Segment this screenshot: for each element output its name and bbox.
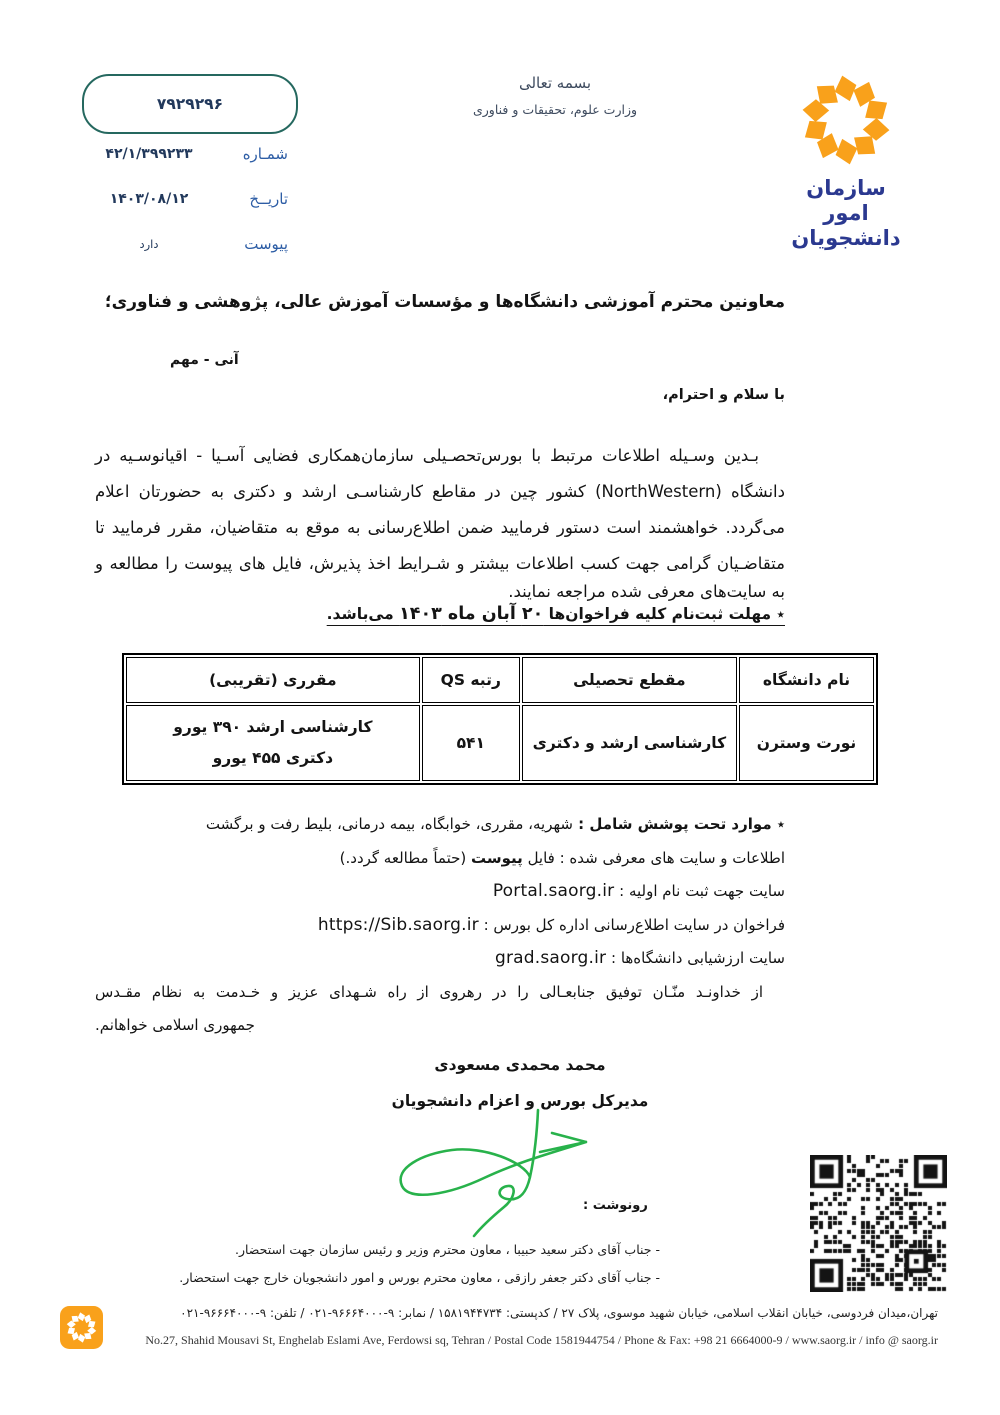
stipend-masters: کارشناسی ارشد ۳۹۰ یورو — [131, 712, 415, 743]
col-stipend: مقرری (تقریبی) — [126, 657, 420, 703]
organization-logo: سازمان امور دانشجویان — [780, 68, 912, 251]
deadline-suffix: می‌باشد. — [327, 605, 399, 623]
prayer-line1: از خداونـد منّـان توفیق جنابعـالی را در … — [95, 976, 785, 1010]
field-number-value: ۴۲/۱/۳۹۹۲۳۳ — [84, 146, 214, 162]
salutation: با سلام و احترام، — [95, 387, 785, 403]
signatory-name: محمد محمدی مسعودی — [350, 1056, 690, 1074]
scholarship-table: نام دانشگاه مقطع تحصیلی رتبه QS مقرری (ت… — [122, 653, 878, 785]
organization-name-line2: دانشجویان — [780, 226, 912, 251]
attachment-suffix: (حتماً مطالعه گردد.) — [340, 849, 471, 867]
cell-stipend: کارشناسی ارشد ۳۹۰ یورو دکتری ۴۵۵ یورو — [126, 705, 420, 781]
evaluation-site-line: سایت ارزشیابی دانشگاه‌ها : grad.saorg.ir — [95, 942, 785, 976]
body-paragraph: بـدین وسـیله اطلاعات مرتبط با بورس‌تحصـی… — [95, 438, 785, 582]
evaluation-site-label: سایت ارزشیابی دانشگاه‌ها : — [606, 949, 785, 967]
attachment-note: اطلاعات و سایت های معرفی شده : فایل پیوس… — [95, 842, 785, 876]
stipend-phd: دکتری ۴۵۵ یورو — [131, 743, 415, 774]
footer-address-fa: تهران،میدان فردوسی، خیابان انقلاب اسلامی… — [112, 1306, 938, 1320]
field-attachment-label: پیوست — [214, 235, 288, 253]
deadline-prefix: ٭ مهلت ثبت‌نام کلیه فراخوان‌ها — [543, 605, 785, 623]
besmellah-text: بسمه تعالی — [380, 74, 730, 92]
field-date: تاریــخ ۱۴۰۳/۰۸/۱۲ — [84, 184, 288, 214]
field-attachment: پیوست دارد — [84, 229, 288, 259]
registration-site-url[interactable]: Portal.saorg.ir — [493, 881, 615, 901]
ministry-name: وزارت علوم، تحقیقات و فناوری — [380, 102, 730, 117]
field-attachment-value: دارد — [84, 237, 214, 251]
coverage-value: شهریه، مقرری، خوابگاه، بیمه درمانی، بلیط… — [206, 815, 573, 833]
registration-number: ۷۹۲۹۲۹۶ — [157, 95, 223, 113]
call-site-label: فراخوان در سایت اطلاع‌رسانی اداره کل بور… — [479, 916, 785, 934]
footer-address-en: No.27, Shahid Mousavi St, Enghelab Eslam… — [112, 1333, 938, 1348]
attachment-bold: پیوست — [471, 849, 523, 867]
field-date-value: ۱۴۰۳/۰۸/۱۲ — [84, 191, 214, 207]
qr-code — [810, 1155, 947, 1292]
attachment-prefix: اطلاعات و سایت های معرفی شده : فایل — [523, 849, 785, 867]
letter-title: معاونین محترم آموزشی دانشگاه‌ها و مؤسسات… — [95, 292, 785, 312]
registration-site-line: سایت جهت ثبت نام اولیه : Portal.saorg.ir — [95, 875, 785, 909]
call-site-url[interactable]: https://Sib.saorg.ir — [318, 915, 479, 935]
registration-site-label: سایت جهت ثبت نام اولیه : — [614, 882, 785, 900]
cc-label: رونوشت : — [583, 1198, 648, 1213]
footer-logo-icon — [60, 1306, 103, 1349]
prayer-line2: جمهوری اسلامی خواهانم. — [95, 1009, 785, 1043]
letterhead-center: بسمه تعالی وزارت علوم، تحقیقات و فناوری — [380, 74, 730, 117]
cc-list: - جناب آقای دکتر سعید حبیبا ، معاون محتر… — [95, 1236, 660, 1292]
field-date-label: تاریــخ — [214, 190, 288, 208]
cell-degree-level: کارشناسی ارشد و دکتری — [522, 705, 737, 781]
organization-name: سازمان امور دانشجویان — [780, 176, 912, 251]
table-header-row: نام دانشگاه مقطع تحصیلی رتبه QS مقرری (ت… — [126, 657, 874, 703]
cc-line-1: - جناب آقای دکتر سعید حبیبا ، معاون محتر… — [95, 1236, 660, 1264]
deadline-date: ۲۰ آبان ماه ۱۴۰۳ — [399, 604, 543, 624]
info-block: ٭ موارد تحت پوشش شامل : شهریه، مقرری، خو… — [95, 808, 785, 1043]
col-degree-level: مقطع تحصیلی — [522, 657, 737, 703]
letter-page: ۷۹۲۹۲۹۶ شمـاره ۴۲/۱/۳۹۹۲۳۳ تاریــخ ۱۴۰۳/… — [0, 0, 1000, 1415]
col-university-name: نام دانشگاه — [739, 657, 874, 703]
cell-university-name: نورت وسترن — [739, 705, 874, 781]
deadline-note: ٭ مهلت ثبت‌نام کلیه فراخوان‌ها ۲۰ آبان م… — [95, 604, 785, 624]
evaluation-site-url[interactable]: grad.saorg.ir — [495, 948, 606, 968]
field-number-label: شمـاره — [214, 145, 288, 163]
body-paragraph-last-line: به سایت‌های معرفی شده مراجعه نمایند. — [95, 582, 785, 601]
call-site-line: فراخوان در سایت اطلاع‌رسانی اداره کل بور… — [95, 909, 785, 943]
priority-label: آنی - مهم — [170, 352, 239, 368]
sunburst-flower-icon — [794, 68, 898, 172]
registration-stamp-box: ۷۹۲۹۲۹۶ — [82, 74, 298, 134]
signature-scribble — [388, 1102, 644, 1240]
coverage-label: ٭ موارد تحت پوشش شامل : — [573, 815, 785, 833]
cc-line-2: - جناب آقای دکتر جعفر رازقی ، معاون محتر… — [95, 1264, 660, 1292]
cell-qs-rank: ۵۴۱ — [422, 705, 520, 781]
coverage-note: ٭ موارد تحت پوشش شامل : شهریه، مقرری، خو… — [95, 808, 785, 842]
field-number: شمـاره ۴۲/۱/۳۹۹۲۳۳ — [84, 139, 288, 169]
col-qs-rank: رتبه QS — [422, 657, 520, 703]
table-row: نورت وسترن کارشناسی ارشد و دکتری ۵۴۱ کار… — [126, 705, 874, 781]
letter-meta-fields: شمـاره ۴۲/۱/۳۹۹۲۳۳ تاریــخ ۱۴۰۳/۰۸/۱۲ پی… — [84, 139, 288, 274]
organization-name-line1: سازمان امور — [780, 176, 912, 226]
